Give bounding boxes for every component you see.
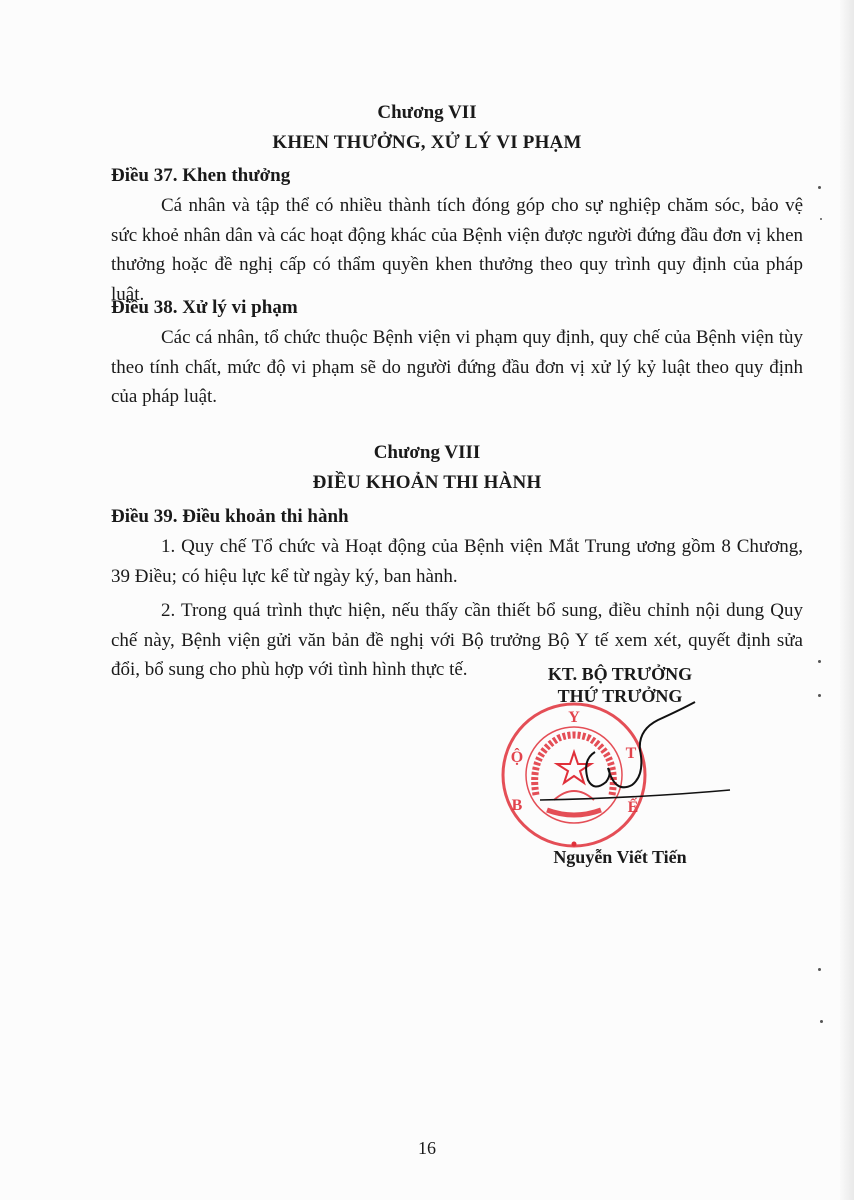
scan-speck: [820, 1020, 823, 1023]
scan-speck: [818, 660, 821, 663]
scan-speck: [818, 694, 821, 697]
article-38-heading: Điều 38. Xử lý vi phạm: [111, 297, 298, 319]
article-39-item-1: 1. Quy chế Tổ chức và Hoạt động của Bệnh…: [111, 532, 803, 591]
scan-speck: [818, 968, 821, 971]
chapter-8-title: ĐIỀU KHOẢN THI HÀNH: [0, 472, 854, 494]
chapter-7-title: KHEN THƯỞNG, XỬ LÝ VI PHẠM: [0, 132, 854, 154]
signatory-name: Nguyễn Viết Tiến: [500, 846, 740, 868]
article-39-heading: Điều 39. Điều khoản thi hành: [111, 506, 349, 528]
page-number: 16: [0, 1138, 854, 1159]
scan-speck: [818, 186, 821, 189]
page-edge-shadow: [840, 0, 854, 1200]
chapter-8-label: Chương VIII: [0, 442, 854, 464]
article-37-text: Cá nhân và tập thể có nhiều thành tích đ…: [111, 191, 803, 309]
scan-speck: [820, 218, 822, 220]
handwritten-signature-icon: [520, 690, 750, 830]
signature-title-line-1: KT. BỘ TRƯỞNG: [500, 663, 740, 685]
article-38-text: Các cá nhân, tổ chức thuộc Bệnh viện vi …: [111, 323, 803, 412]
article-37-heading: Điều 37. Khen thưởng: [111, 165, 290, 187]
document-page: Chương VII KHEN THƯỞNG, XỬ LÝ VI PHẠM Đi…: [0, 0, 854, 1200]
chapter-7-label: Chương VII: [0, 102, 854, 124]
